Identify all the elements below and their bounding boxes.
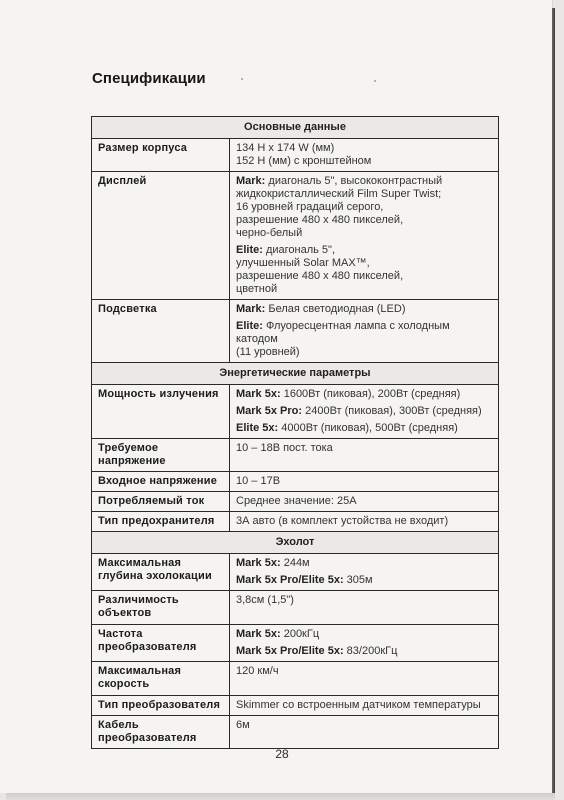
spec-text: 120 км/ч	[236, 665, 279, 677]
spec-entry: 134 H x 174 W (мм)152 H (мм) с кронштейн…	[236, 142, 492, 168]
spec-entry: 6м	[236, 719, 492, 732]
spec-value: Mark 5x: 200кГцMark 5x Pro/Elite 5x: 83/…	[230, 625, 499, 662]
spec-line: 152 H (мм) с кронштейном	[236, 155, 492, 168]
spec-entry: Mark 5x Pro/Elite 5x: 305м	[236, 574, 492, 587]
spec-row: Мощность излученияMark 5x: 1600Вт (пиков…	[92, 385, 499, 439]
model-name: Mark:	[236, 175, 265, 187]
spec-entry: Elite 5x: 4000Вт (пиковая), 500Вт (средн…	[236, 422, 492, 435]
spec-label: Входное напряжение	[92, 472, 230, 492]
spec-value: 10 – 17В	[230, 472, 499, 492]
spec-line: цветной	[236, 283, 492, 296]
spec-text: 305м	[347, 574, 373, 586]
spec-row: Максимальная глубина эхолокацииMark 5x: …	[92, 554, 499, 591]
spec-line: (11 уровней)	[236, 346, 492, 359]
spec-entry: Mark 5x: 1600Вт (пиковая), 200Вт (средня…	[236, 388, 492, 401]
spec-line: 3,8см (1,5")	[236, 594, 492, 607]
spec-entry: 3,8см (1,5")	[236, 594, 492, 607]
model-name: Elite:	[236, 320, 263, 332]
spec-line: Mark 5x Pro/Elite 5x: 83/200кГц	[236, 645, 492, 658]
document-page: Спецификации Основные данныеРазмер корпу…	[0, 0, 553, 793]
spec-text: жидкокристаллический Film Super Twist;	[236, 188, 441, 200]
spec-text: разрешение 480 x 480 пикселей,	[236, 270, 403, 282]
spec-line: 10 – 17В	[236, 475, 492, 488]
page-edge-shadow	[552, 8, 555, 794]
spec-line: черно-белый	[236, 227, 492, 240]
spec-entry: Mark 5x Pro/Elite 5x: 83/200кГц	[236, 645, 492, 658]
spec-label: Размер корпуса	[92, 139, 230, 172]
model-name: Mark:	[236, 303, 265, 315]
spec-label: Максимальная скорость	[92, 662, 230, 696]
spec-text: 10 – 18В пост. тока	[236, 442, 333, 454]
spec-label: Различимость объектов	[92, 591, 230, 625]
spec-value: 6м	[230, 716, 499, 749]
spec-line: Elite: диагональ 5",	[236, 244, 492, 257]
spec-text: Флуоресцентная лампа с холодным катодом	[236, 320, 450, 345]
spec-value: Skimmer со встроенным датчиком температу…	[230, 696, 499, 716]
spec-line: 16 уровней градаций серого,	[236, 201, 492, 214]
paper-speck	[241, 78, 243, 80]
section-header-row: Энергетические параметры	[92, 363, 499, 385]
spec-value: Mark 5x: 1600Вт (пиковая), 200Вт (средня…	[230, 385, 499, 439]
spec-line: жидкокристаллический Film Super Twist;	[236, 188, 492, 201]
spec-value: Mark 5x: 244мMark 5x Pro/Elite 5x: 305м	[230, 554, 499, 591]
spec-entry: Mark 5x: 244м	[236, 557, 492, 570]
spec-line: Mark: Белая светодиодная (LED)	[236, 303, 492, 316]
spec-row: Тип предохранителя3А авто (в комплект ус…	[92, 512, 499, 532]
spec-text: Skimmer со встроенным датчиком температу…	[236, 699, 481, 711]
spec-line: Mark 5x: 1600Вт (пиковая), 200Вт (средня…	[236, 388, 492, 401]
spec-label: Требуемое напряжение	[92, 439, 230, 472]
model-name: Elite:	[236, 244, 263, 256]
spec-line: 3А авто (в комплект устойства не входит)	[236, 515, 492, 528]
spec-line: 6м	[236, 719, 492, 732]
spec-row: Кабель преобразователя6м	[92, 716, 499, 749]
spec-text: 3А авто (в комплект устойства не входит)	[236, 515, 448, 527]
spec-label: Тип преобразователя	[92, 696, 230, 716]
spec-line: Mark 5x Pro: 2400Вт (пиковая), 300Вт (ср…	[236, 405, 492, 418]
spec-text: диагональ 5",	[266, 244, 335, 256]
model-name: Mark 5x:	[236, 557, 281, 569]
spec-row: Потребляемый токСреднее значение: 25А	[92, 492, 499, 512]
spec-text: 1600Вт (пиковая), 200Вт (средняя)	[284, 388, 461, 400]
spec-line: Mark 5x: 244м	[236, 557, 492, 570]
spec-text: 3,8см (1,5")	[236, 594, 294, 606]
spec-line: Elite 5x: 4000Вт (пиковая), 500Вт (средн…	[236, 422, 492, 435]
spec-value: 10 – 18В пост. тока	[230, 439, 499, 472]
spec-entry: 10 – 17В	[236, 475, 492, 488]
spec-text: цветной	[236, 283, 277, 295]
spec-row: Различимость объектов3,8см (1,5")	[92, 591, 499, 625]
model-name: Mark 5x Pro/Elite 5x:	[236, 574, 344, 586]
spec-entry: 120 км/ч	[236, 665, 492, 678]
spec-text: улучшенный Solar MAX™,	[236, 257, 370, 269]
model-name: Mark 5x Pro:	[236, 405, 302, 417]
spec-text: 83/200кГц	[347, 645, 398, 657]
model-name: Mark 5x:	[236, 628, 281, 640]
spec-value: 3,8см (1,5")	[230, 591, 499, 625]
spec-text: черно-белый	[236, 227, 302, 239]
spec-entry: Elite: диагональ 5",улучшенный Solar MAX…	[236, 244, 492, 296]
spec-value: Mark: диагональ 5", высококонтрастныйжид…	[230, 172, 499, 300]
section-header-row: Эхолот	[92, 532, 499, 554]
spec-value: Mark: Белая светодиодная (LED)Elite: Флу…	[230, 300, 499, 363]
spec-line: 134 H x 174 W (мм)	[236, 142, 492, 155]
spec-label: Дисплей	[92, 172, 230, 300]
spec-label: Кабель преобразователя	[92, 716, 230, 749]
spec-entry: Среднее значение: 25А	[236, 495, 492, 508]
section-header: Эхолот	[92, 532, 499, 554]
spec-line: разрешение 480 x 480 пикселей,	[236, 214, 492, 227]
spec-text: (11 уровней)	[236, 346, 300, 358]
spec-line: Mark: диагональ 5", высококонтрастный	[236, 175, 492, 188]
page-number: 28	[0, 747, 564, 761]
spec-line: Mark 5x Pro/Elite 5x: 305м	[236, 574, 492, 587]
spec-label: Подсветка	[92, 300, 230, 363]
model-name: Elite 5x:	[236, 422, 278, 434]
spec-text: Белая светодиодная (LED)	[268, 303, 405, 315]
spec-text: 10 – 17В	[236, 475, 280, 487]
spec-text: разрешение 480 x 480 пикселей,	[236, 214, 403, 226]
paper-speck	[374, 80, 376, 82]
spec-value: 120 км/ч	[230, 662, 499, 696]
spec-text: 200кГц	[284, 628, 319, 640]
spec-entry: 3А авто (в комплект устойства не входит)	[236, 515, 492, 528]
paper-speck	[282, 752, 283, 753]
spec-row: Требуемое напряжение10 – 18В пост. тока	[92, 439, 499, 472]
spec-value: 3А авто (в комплект устойства не входит)	[230, 512, 499, 532]
spec-entry: Mark: Белая светодиодная (LED)	[236, 303, 492, 316]
spec-line: Elite: Флуоресцентная лампа с холодным к…	[236, 320, 492, 346]
spec-entry: Elite: Флуоресцентная лампа с холодным к…	[236, 320, 492, 359]
spec-value: 134 H x 174 W (мм)152 H (мм) с кронштейн…	[230, 139, 499, 172]
spec-line: Среднее значение: 25А	[236, 495, 492, 508]
specifications-table: Основные данныеРазмер корпуса134 H x 174…	[91, 116, 499, 749]
spec-text: 16 уровней градаций серого,	[236, 201, 383, 213]
spec-label: Тип предохранителя	[92, 512, 230, 532]
spec-entry: 10 – 18В пост. тока	[236, 442, 492, 455]
spec-text: диагональ 5", высококонтрастный	[268, 175, 442, 187]
spec-row: Максимальная скорость120 км/ч	[92, 662, 499, 696]
section-header: Энергетические параметры	[92, 363, 499, 385]
spec-row: ДисплейMark: диагональ 5", высококонтрас…	[92, 172, 499, 300]
spec-label: Максимальная глубина эхолокации	[92, 554, 230, 591]
page-title: Спецификации	[92, 70, 206, 87]
spec-label: Потребляемый ток	[92, 492, 230, 512]
spec-text: 152 H (мм) с кронштейном	[236, 155, 371, 167]
spec-label: Частота преобразователя	[92, 625, 230, 662]
spec-entry: Mark 5x Pro: 2400Вт (пиковая), 300Вт (ср…	[236, 405, 492, 418]
spec-line: улучшенный Solar MAX™,	[236, 257, 492, 270]
spec-line: 120 км/ч	[236, 665, 492, 678]
spec-row: Частота преобразователяMark 5x: 200кГцMa…	[92, 625, 499, 662]
spec-text: 4000Вт (пиковая), 500Вт (средняя)	[281, 422, 458, 434]
spec-text: Среднее значение: 25А	[236, 495, 357, 507]
spec-line: Skimmer со встроенным датчиком температу…	[236, 699, 492, 712]
spec-row: Размер корпуса134 H x 174 W (мм)152 H (м…	[92, 139, 499, 172]
model-name: Mark 5x Pro/Elite 5x:	[236, 645, 344, 657]
spec-value: Среднее значение: 25А	[230, 492, 499, 512]
spec-entry: Mark 5x: 200кГц	[236, 628, 492, 641]
spec-entry: Mark: диагональ 5", высококонтрастныйжид…	[236, 175, 492, 240]
spec-row: Входное напряжение10 – 17В	[92, 472, 499, 492]
section-header-row: Основные данные	[92, 117, 499, 139]
spec-line: 10 – 18В пост. тока	[236, 442, 492, 455]
spec-label: Мощность излучения	[92, 385, 230, 439]
spec-entry: Skimmer со встроенным датчиком температу…	[236, 699, 492, 712]
spec-text: 134 H x 174 W (мм)	[236, 142, 334, 154]
spec-row: Тип преобразователяSkimmer со встроенным…	[92, 696, 499, 716]
spec-text: 2400Вт (пиковая), 300Вт (средняя)	[305, 405, 482, 417]
page-bottom-shadow	[6, 793, 555, 800]
spec-text: 244м	[284, 557, 310, 569]
section-header: Основные данные	[92, 117, 499, 139]
spec-text: 6м	[236, 719, 250, 731]
spec-row: ПодсветкаMark: Белая светодиодная (LED)E…	[92, 300, 499, 363]
spec-line: разрешение 480 x 480 пикселей,	[236, 270, 492, 283]
model-name: Mark 5x:	[236, 388, 281, 400]
spec-line: Mark 5x: 200кГц	[236, 628, 492, 641]
